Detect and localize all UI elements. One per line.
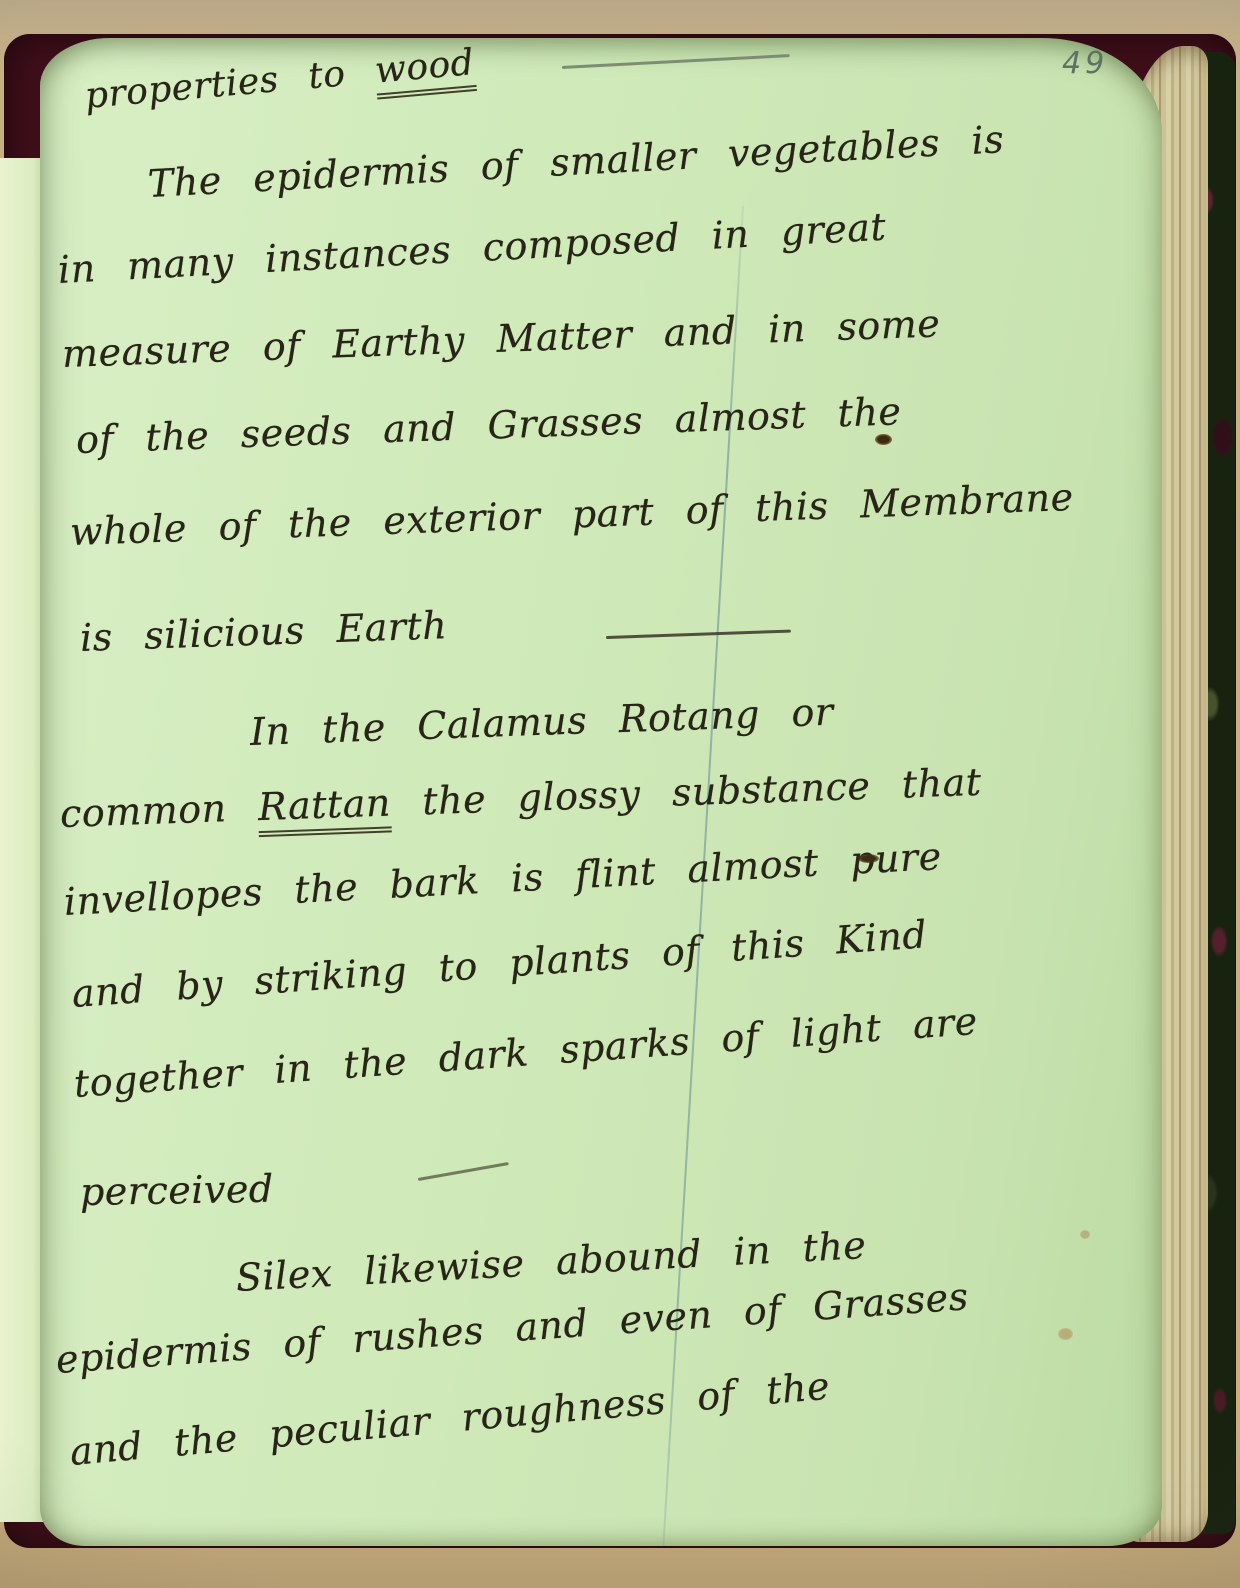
manuscript-line: perceived (80, 1167, 274, 1214)
line-text: properties to (83, 51, 377, 117)
underlined-word: wood (373, 42, 476, 99)
underlined-word: Rattan (257, 780, 392, 837)
manuscript-line: invellopes the bark is flint almost pure (63, 834, 943, 924)
manuscript-photo: 49 properties to wood The epidermis of s… (0, 0, 1240, 1588)
manuscript-line: common Rattan the glossy substance that (59, 760, 982, 836)
line-text: the glossy substance that (390, 760, 982, 825)
manuscript-line: together in the dark sparks of light are (72, 999, 979, 1106)
manuscript-line: In the Calamus Rotang or (249, 690, 834, 754)
manuscript-line: properties to wood (83, 42, 476, 117)
paper-stain (1058, 1328, 1073, 1340)
manuscript-line: and by striking to plants of this Kind (70, 912, 928, 1016)
page-number: 49 (1062, 46, 1108, 81)
ink-blot (858, 854, 879, 863)
ink-dash (418, 1162, 509, 1181)
ink-rule (606, 630, 791, 639)
ink-blot (875, 434, 892, 445)
manuscript-page: 49 properties to wood The epidermis of s… (40, 38, 1162, 1546)
paper-stain (1080, 1230, 1090, 1239)
manuscript-line: whole of the exterior part of this Membr… (69, 475, 1074, 554)
manuscript-line: The epidermis of smaller vegetables is (147, 117, 1005, 206)
manuscript-line: of the seeds and Grasses almost the (75, 389, 902, 462)
manuscript-line: and the peculiar roughness of the (68, 1364, 832, 1474)
manuscript-line: measure of Earthy Matter and in some (61, 301, 941, 376)
line-text: common (59, 785, 259, 836)
manuscript-line: in many instances composed in great (57, 205, 887, 292)
manuscript-line: epidermis of rushes and even of Grasses (54, 1274, 969, 1382)
pencil-rule (562, 54, 790, 69)
manuscript-line: is silicious Earth (79, 603, 448, 660)
